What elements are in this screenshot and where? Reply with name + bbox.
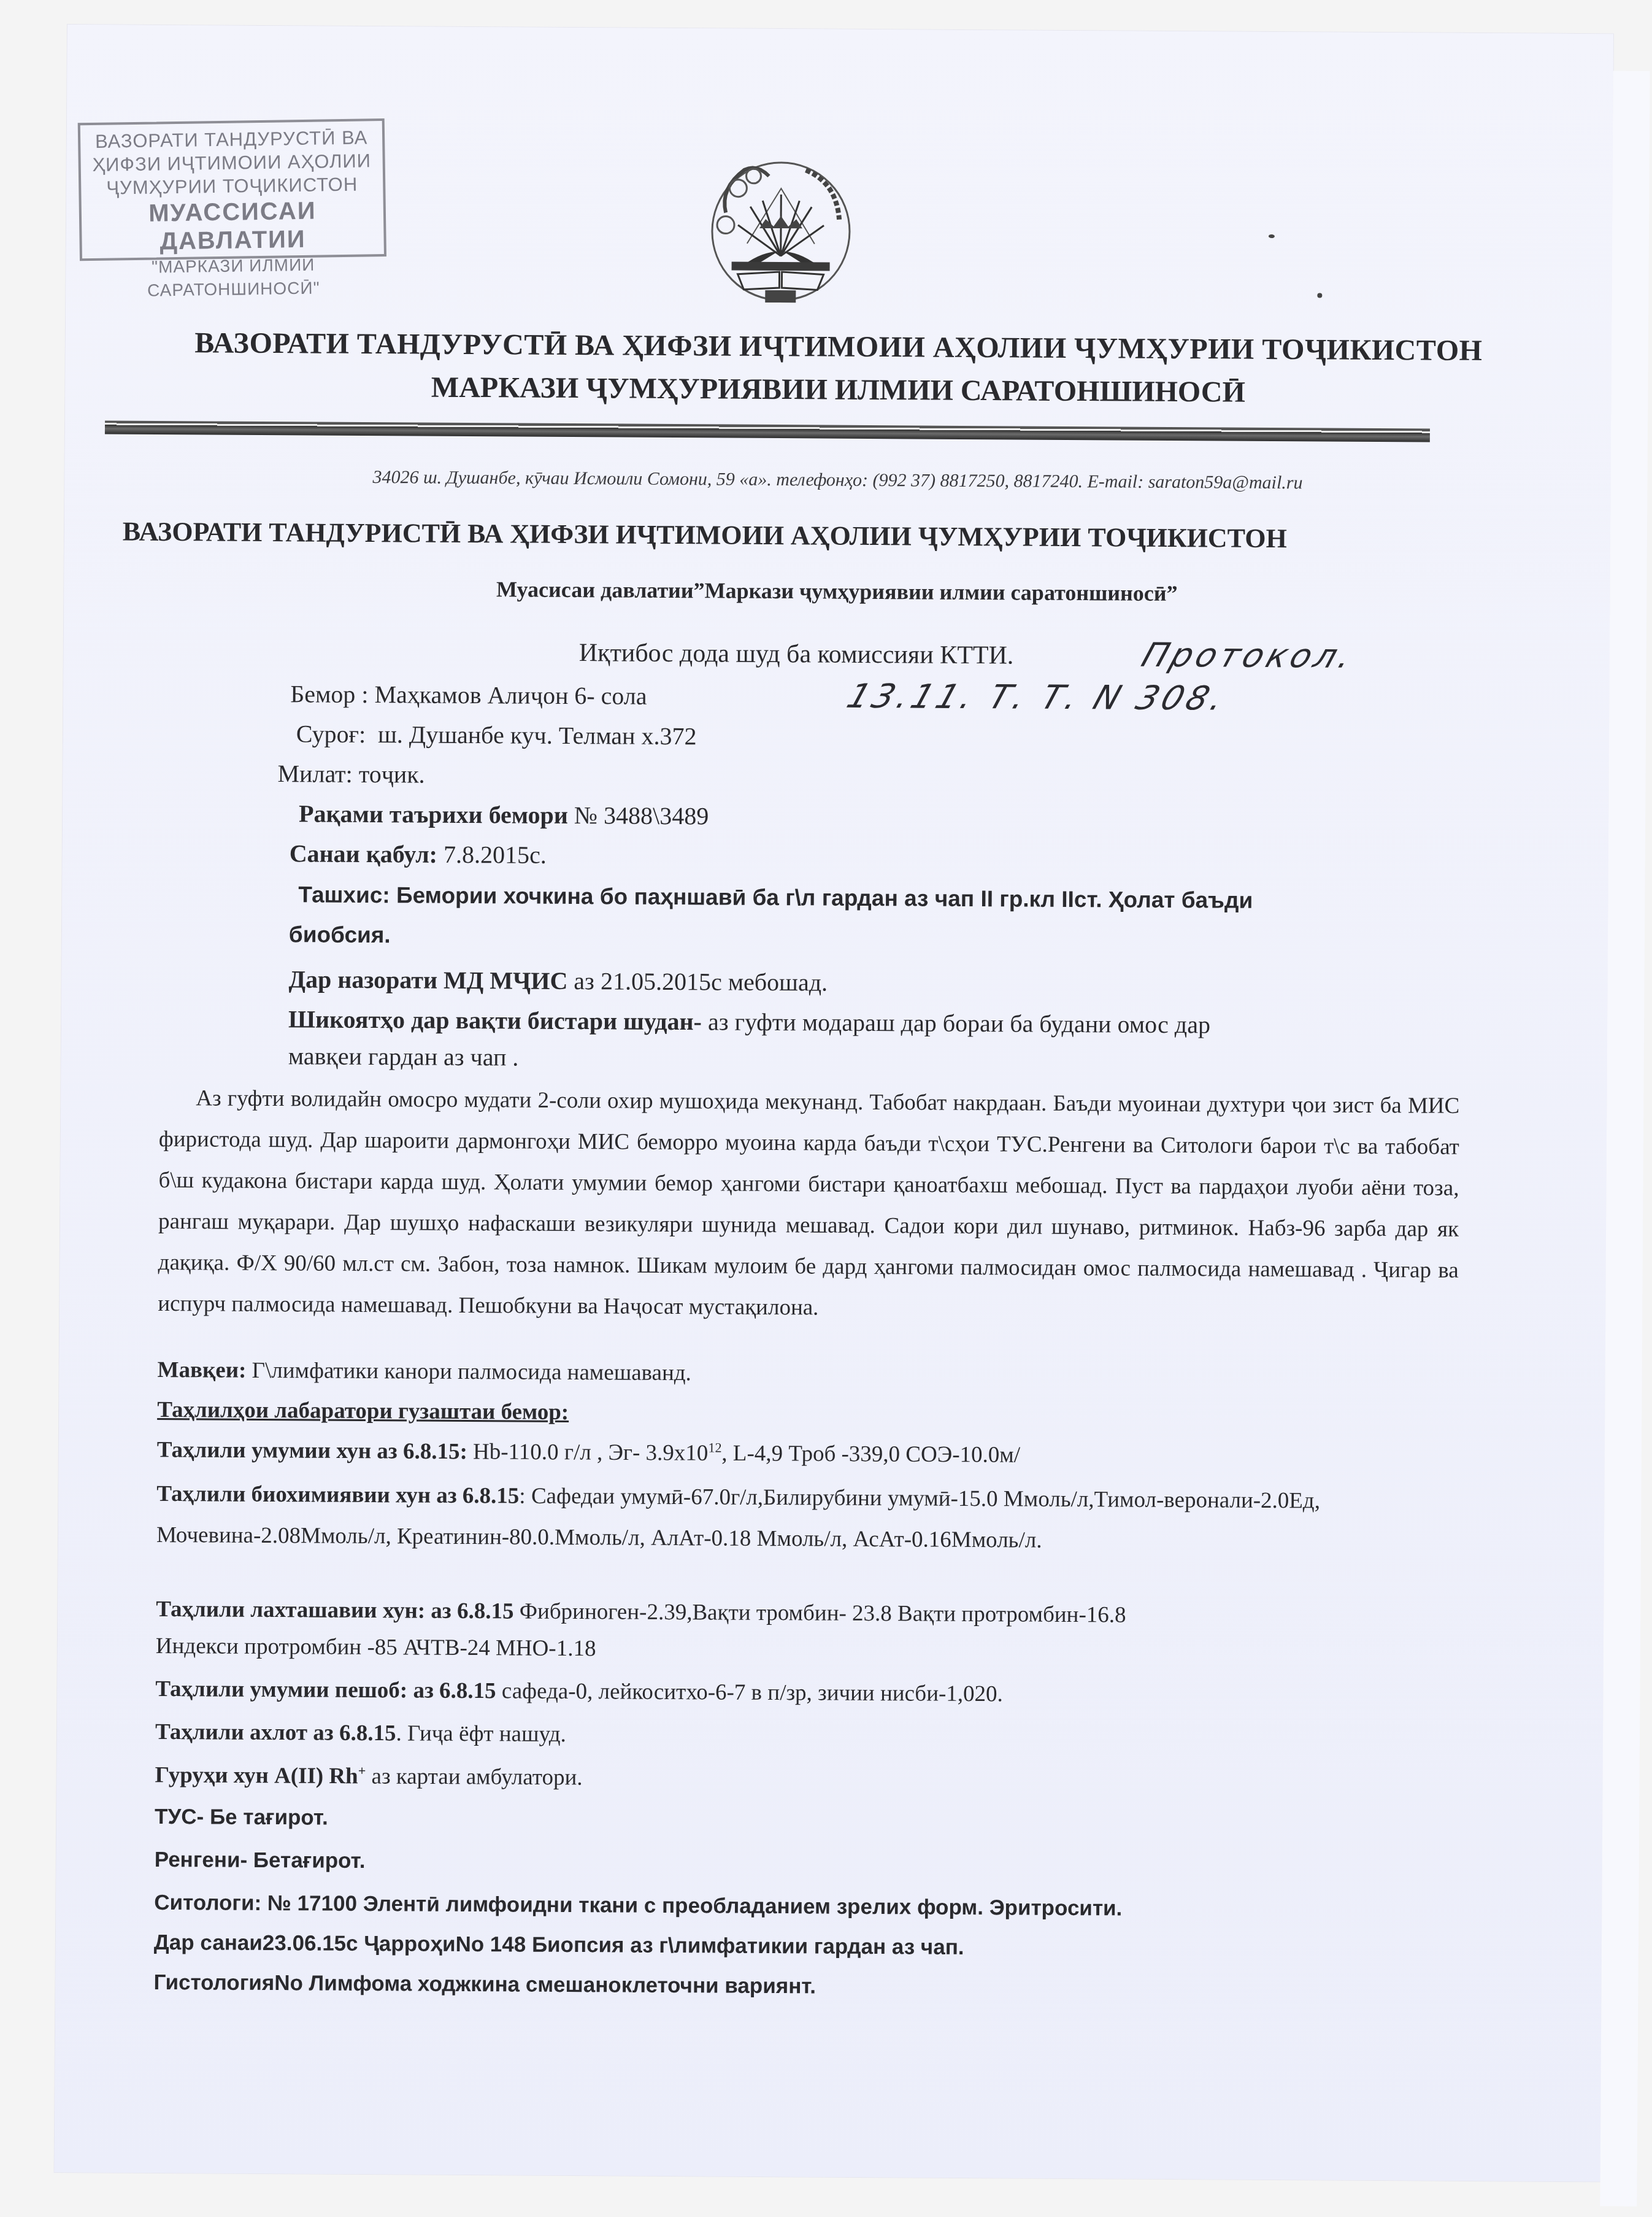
commission-note: Иқтибос дода шуд ба комиссияи КТТИ. <box>579 638 1014 670</box>
biopsy-row: Дар санаи23.06.15с ҶарроҳиNo 148 Биопсия… <box>154 1930 964 1960</box>
xray-row: Ренгени- Бетағирот. <box>155 1848 366 1873</box>
medical-record-label: Рақами таърихи бемори <box>299 800 568 829</box>
complaints-label: Шикоятҳо дар вақти бистари шудан- <box>288 1005 702 1035</box>
scanned-document-page: ВАЗОРАТИ ТАНДУРУСТӢ ВА ҲИФЗИ ИҶТИМОИИ АҲ… <box>55 25 1613 2181</box>
urinalysis-label: Таҳлили умумии пешоб: аз 6.8.15 <box>155 1676 496 1703</box>
diagnosis-continuation: биобсия. <box>289 922 391 948</box>
anamnesis-paragraph: Аз гуфти волидайн омосро мудати 2-соли о… <box>158 1078 1459 1332</box>
handwritten-protocol: Протокол. <box>1137 636 1361 676</box>
admission-date-row: Санаи қабул: 7.8.2015с. <box>290 839 547 869</box>
institution-stamp: ВАЗОРАТИ ТАНДУРУСТӢ ВА ҲИФЗИ ИҶТИМОИИ АҲ… <box>78 118 386 261</box>
complaints-value: аз гуфти модараш дар бораи ба будани омо… <box>708 1008 1210 1038</box>
scan-speck <box>1269 234 1275 238</box>
urinalysis-value: сафеда-0, лейкоситхо-6-7 в п/зр, зичии н… <box>502 1678 1003 1706</box>
complaints-row: Шикоятҳо дар вақти бистари шудан- аз гуф… <box>288 1004 1210 1039</box>
ultrasound-value: Бе тағирот. <box>210 1805 328 1829</box>
diagnosis-label: Ташхис: <box>298 882 390 908</box>
coagulation-label: Таҳлили лахташавии хун: аз 6.8.15 <box>156 1597 514 1624</box>
stool-test-label: Таҳлили ахлот аз 6.8.15 <box>155 1719 396 1746</box>
blood-group-label: Гуруҳи хун А(II) Rh <box>155 1762 358 1789</box>
medical-record-value: № 3488\3489 <box>574 801 709 830</box>
coagulation-continuation: Индекси протромбин -85 АЧТВ-24 МНО-1.18 <box>156 1633 596 1662</box>
stamp-line-3: ҶУМҲУРИИ ТОҶИКИСТОН <box>81 172 383 200</box>
supervision-row: Дар назорати МД МҶИС аз 21.05.2015с мебо… <box>288 965 828 997</box>
xray-label: Ренгени- <box>155 1848 248 1872</box>
stool-test-row: Таҳлили ахлот аз 6.8.15. Гиҷа ёфт нашуд. <box>155 1719 566 1748</box>
supervision-label: Дар назорати МД МҶИС <box>288 965 567 995</box>
cbc-label: Таҳлили умумии хун аз 6.8.15: <box>157 1437 467 1464</box>
blood-group-value: аз картаи амбулатори. <box>371 1764 582 1790</box>
patient-address-label: Суроғ: <box>296 720 366 748</box>
complaints-continuation: мавқеи гардан аз чап . <box>288 1041 519 1071</box>
admission-date-label: Санаи қабул: <box>290 839 438 868</box>
xray-value: Бетағирот. <box>253 1848 366 1873</box>
cbc-row: Таҳлили умумии хун аз 6.8.15: Hb-110.0 г… <box>157 1436 1020 1468</box>
blood-group-row: Гуруҳи хун А(II) Rh+ аз картаи амбулатор… <box>155 1762 582 1791</box>
patient-nationality-label: Милат: <box>277 760 353 788</box>
patient-address-value: ш. Душанбе куч. Телман х.372 <box>378 720 697 750</box>
urinalysis-row: Таҳлили умумии пешоб: аз 6.8.15 сафеда-0… <box>155 1676 1003 1707</box>
stamp-line-4: МУАССИСАИ ДАВЛАТИИ <box>82 196 384 256</box>
cbc-exponent: 12 <box>708 1440 721 1455</box>
patient-name-value: Маҳкамов Алиҷон 6- сола <box>374 681 647 710</box>
diagnosis-value: Бемории хочкина бо паҳншавӣ ба г\л гарда… <box>396 882 1253 913</box>
patient-nationality-value: тоҷик. <box>359 760 425 788</box>
admission-date-value: 7.8.2015с. <box>444 841 547 869</box>
local-status-label: Мавқеи: <box>157 1357 246 1383</box>
stamp-line-5: "МАРКАЗИ ИЛМИИ САРАТОНШИНОСӢ" <box>82 252 385 303</box>
supervision-value: аз 21.05.2015с мебошад. <box>574 967 828 997</box>
biochemistry-row: Таҳлили биохимиявии хун аз 6.8.15: Сафед… <box>156 1473 1458 1563</box>
medical-record-row: Рақами таърихи бемори № 3488\3489 <box>299 799 709 830</box>
cbc-value-rest: , L-4,9 Троб -339,0 СОЭ-10.0м/ <box>721 1441 1020 1468</box>
patient-nationality-row: Милат: тоҷик. <box>277 759 425 788</box>
cbc-value: Hb-110.0 г/л , Эг- 3.9х10 <box>473 1439 709 1465</box>
patient-name-label: Бемор : <box>290 680 368 708</box>
stool-test-value: . Гиҷа ёфт нашуд. <box>396 1721 566 1747</box>
scan-speck <box>1317 293 1322 298</box>
patient-address-row: Суроғ: ш. Душанбе куч. Телман х.372 <box>296 719 697 750</box>
rh-factor: + <box>358 1763 366 1778</box>
lab-tests-heading: Таҳлилҳои лабаратори гузаштаи бемор: <box>157 1397 569 1425</box>
ultrasound-label: ТУС- <box>155 1805 204 1829</box>
local-status-value: Г\лимфатики канори палмосида намешаванд. <box>252 1358 692 1386</box>
coagulation-value: Фибриноген-2.39,Вақти тромбин- 23.8 Вақт… <box>520 1599 1126 1628</box>
tajikistan-coat-of-arms-icon <box>701 151 861 312</box>
patient-name-row: Бемор : Маҳкамов Алиҷон 6- сола <box>290 679 647 711</box>
local-status-row: Мавқеи: Г\лимфатики канори палмосида нам… <box>157 1357 691 1386</box>
handwritten-protocol-number: 13.11. Т. Т. N 308. <box>842 677 1232 718</box>
histology-row: ГистологияNo Лимфома ходжкина смешанокле… <box>153 1970 816 1999</box>
ultrasound-row: ТУС- Бе тағирот. <box>155 1805 328 1830</box>
biochemistry-label: Таҳлили биохимиявии хун аз 6.8.15 <box>156 1481 519 1509</box>
